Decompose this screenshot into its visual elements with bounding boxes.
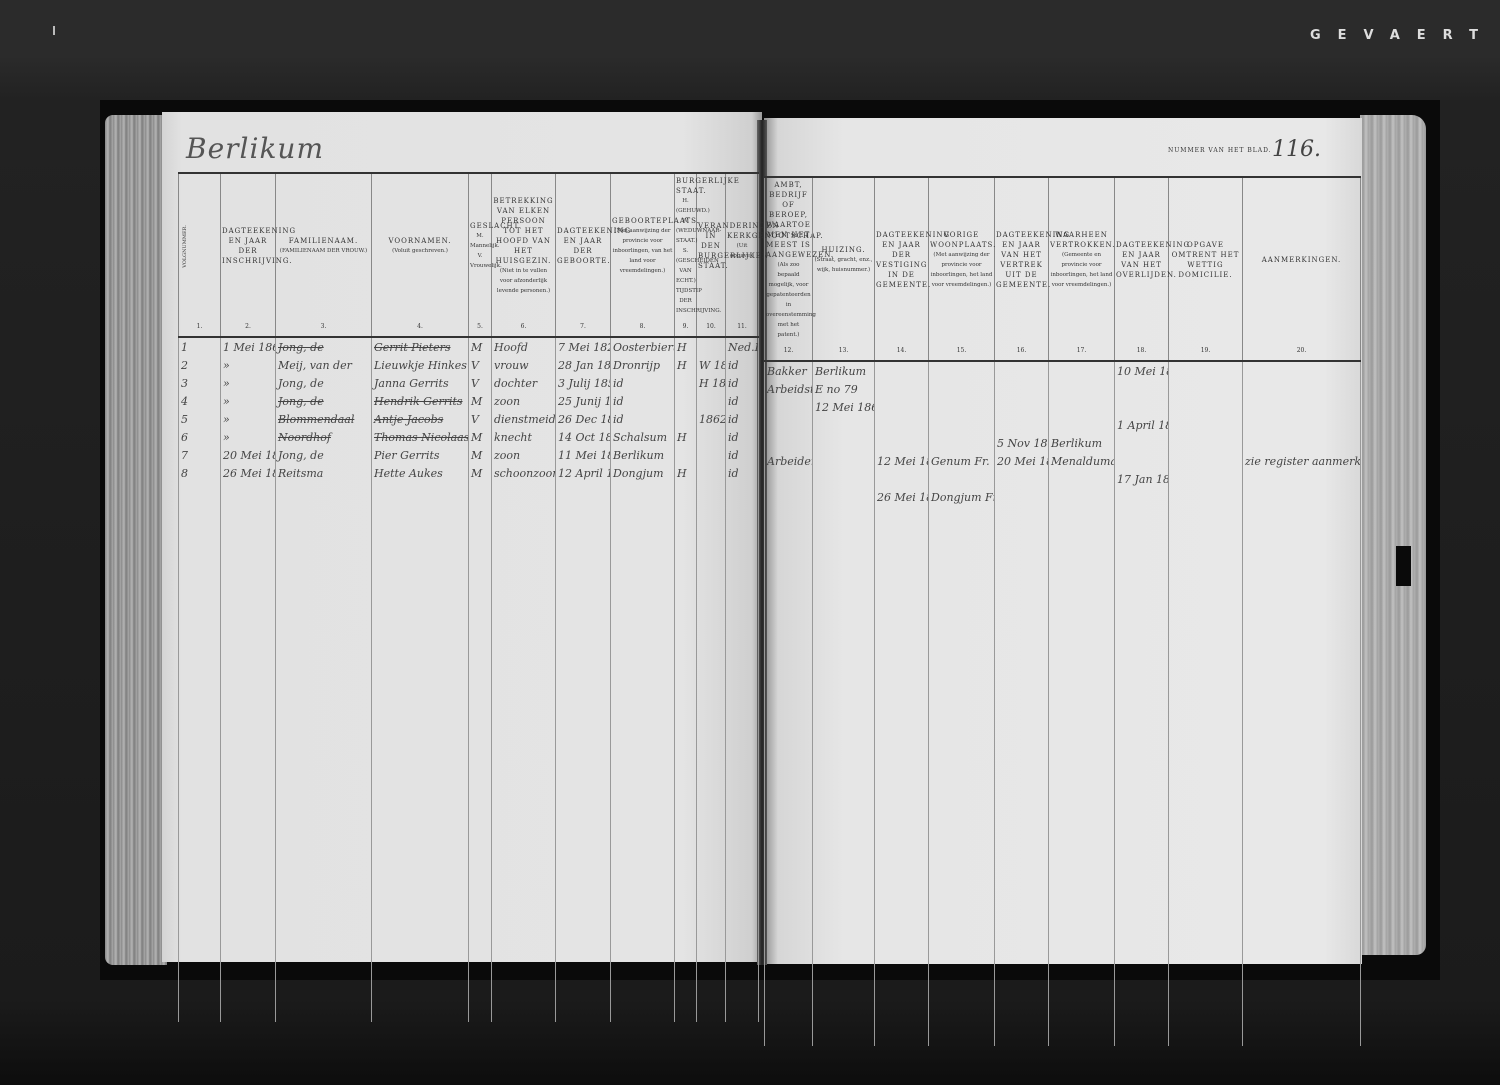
empty-cell xyxy=(469,482,492,1022)
destination xyxy=(1049,488,1115,506)
civil-status: H xyxy=(675,337,697,356)
column-subtitle: H. (GEHUWD.) W. (WEDUWNAAR-STAAT.) S. (G… xyxy=(676,196,695,316)
column-number: 17. xyxy=(1049,342,1115,361)
birth-date: 12 April 1842 xyxy=(556,464,611,482)
registration-date: » xyxy=(221,428,276,446)
death-date: 17 Jan 1868 xyxy=(1115,470,1169,488)
civil-status xyxy=(675,374,697,392)
religion: id xyxy=(726,392,759,410)
book-tab-marker xyxy=(1396,546,1411,586)
birthplace: id xyxy=(611,392,675,410)
column-header: DAGTEEKENING EN JAAR VAN HET OVERLIJDEN. xyxy=(1115,177,1169,342)
given-names: Hette Aukes xyxy=(372,464,469,482)
entry-number: 3 xyxy=(179,374,221,392)
empty-cell xyxy=(179,482,221,1022)
column-header: HUIZING.(Straat, gracht, enz., wijk, hui… xyxy=(813,177,875,342)
column-subtitle: (Niet in te vullen voor afzonderlijk lev… xyxy=(493,266,554,296)
relation-to-head: dienstmeid xyxy=(492,410,556,428)
civil-status-changes xyxy=(697,464,726,482)
previous-residence xyxy=(929,398,995,416)
empty-cell xyxy=(765,506,813,1046)
remarks xyxy=(1243,470,1361,488)
religion: id xyxy=(726,428,759,446)
left-register-table: VOLGNUMMER.DAGTEEKENING EN JAAR DER INSC… xyxy=(178,172,759,1022)
table-row: Arbeider12 Mei 1861Genum Fr.20 Mei 1862M… xyxy=(765,452,1361,470)
column-title: DAGTEEKENING EN JAAR DER VESTIGING IN DE… xyxy=(876,230,927,290)
birth-date: 26 Dec 1836 xyxy=(556,410,611,428)
sheet-number-label: NUMMER VAN HET BLAD. xyxy=(1168,147,1272,154)
destination xyxy=(1049,416,1115,434)
sex: M xyxy=(469,428,492,446)
destination xyxy=(1049,398,1115,416)
civil-status-changes xyxy=(697,392,726,410)
settlement-date xyxy=(875,416,929,434)
empty-cell xyxy=(221,482,276,1022)
religion: id xyxy=(726,446,759,464)
birth-date: 14 Oct 1834 xyxy=(556,428,611,446)
column-title: DAGTEEKENING EN JAAR DER GEBOORTE. xyxy=(557,226,609,266)
birthplace: Dongjum xyxy=(611,464,675,482)
column-title: VOLGNUMMER. xyxy=(180,225,190,268)
birthplace: id xyxy=(611,410,675,428)
registration-date: » xyxy=(221,410,276,428)
entry-number: 7 xyxy=(179,446,221,464)
house: E no 79 xyxy=(813,380,875,398)
empty-cell xyxy=(929,506,995,1046)
religion: id xyxy=(726,464,759,482)
remarks xyxy=(1243,416,1361,434)
house xyxy=(813,416,875,434)
occupation: Bakker xyxy=(765,361,813,380)
column-title: GEBOORTEPLAATS. xyxy=(612,216,673,226)
previous-residence xyxy=(929,416,995,434)
column-header: DAGTEEKENING EN JAAR DER INSCHRIJVING. xyxy=(221,173,276,318)
entry-number: 4 xyxy=(179,392,221,410)
death-date xyxy=(1115,488,1169,506)
registration-date: » xyxy=(221,392,276,410)
remarks xyxy=(1243,434,1361,452)
relation-to-head: zoon xyxy=(492,392,556,410)
destination xyxy=(1049,361,1115,380)
column-number: 20. xyxy=(1243,342,1361,361)
entry-number: 5 xyxy=(179,410,221,428)
book-page-edges-right xyxy=(1360,115,1426,955)
column-header: VOORNAMEN.(Voluit geschreven.) xyxy=(372,173,469,318)
surname: Noordhof xyxy=(276,428,372,446)
sex: M xyxy=(469,392,492,410)
entry-number: 1 xyxy=(179,337,221,356)
domicile xyxy=(1169,452,1243,470)
death-date xyxy=(1115,398,1169,416)
table-row: 17 Jan 1868 xyxy=(765,470,1361,488)
empty-rows xyxy=(765,506,1361,1046)
column-number: 5. xyxy=(469,318,492,337)
column-subtitle: (Met aanwijzing der provincie voor inboo… xyxy=(930,250,993,290)
column-number: 8. xyxy=(611,318,675,337)
column-number: 1. xyxy=(179,318,221,337)
destination xyxy=(1049,380,1115,398)
departure-date xyxy=(995,398,1049,416)
column-subtitle: (Uit opgave.) xyxy=(727,241,757,261)
column-number: 15. xyxy=(929,342,995,361)
column-subtitle: (FAMILIENAAM DER VROUW.) xyxy=(277,246,370,256)
remarks xyxy=(1243,361,1361,380)
column-title: BURGERLIJKE STAAT. xyxy=(676,176,695,196)
birth-date: 28 Jan 1828 xyxy=(556,356,611,374)
previous-residence xyxy=(929,470,995,488)
surname: Jong, de xyxy=(276,392,372,410)
column-header: OPGAVE OMTRENT HET WETTIG DOMICILIE. xyxy=(1169,177,1243,342)
column-header: AMBT, BEDRIJF OF BEROEP, WAARTOE MEN HET… xyxy=(765,177,813,342)
birth-date: 7 Mei 1825 xyxy=(556,337,611,356)
column-number: 7. xyxy=(556,318,611,337)
occupation xyxy=(765,488,813,506)
film-frame-mark xyxy=(53,26,55,35)
previous-residence: Dongjum Fr. xyxy=(929,488,995,506)
empty-cell xyxy=(875,506,929,1046)
death-date xyxy=(1115,434,1169,452)
place-heading: Berlikum xyxy=(186,132,324,165)
remarks: zie register aanmerking ... xyxy=(1243,452,1361,470)
civil-status-changes xyxy=(697,337,726,356)
relation-to-head: schoonzoon xyxy=(492,464,556,482)
column-number: 13. xyxy=(813,342,875,361)
departure-date xyxy=(995,416,1049,434)
sex: M xyxy=(469,446,492,464)
surname: Jong, de xyxy=(276,374,372,392)
sex: M xyxy=(469,464,492,482)
death-date: 1 April 1863 xyxy=(1115,416,1169,434)
occupation xyxy=(765,470,813,488)
column-title: DAGTEEKENING EN JAAR DER INSCHRIJVING. xyxy=(222,226,274,266)
entry-number: 2 xyxy=(179,356,221,374)
column-title: DAGTEEKENING EN JAAR VAN HET VERTREK UIT… xyxy=(996,230,1047,290)
civil-status-changes: 1862 xyxy=(697,410,726,428)
occupation xyxy=(765,398,813,416)
relation-to-head: knecht xyxy=(492,428,556,446)
house: 12 Mei 1862 xyxy=(813,398,875,416)
column-title: BETREKKING VAN ELKEN PERSOON TOT HET HOO… xyxy=(493,196,554,266)
right-register-table: AMBT, BEDRIJF OF BEROEP, WAARTOE MEN HET… xyxy=(764,176,1361,1046)
column-title: WAARHEEN VERTROKKEN. xyxy=(1050,230,1113,250)
empty-cell xyxy=(1169,506,1243,1046)
column-header: GESLACHTM. Mannelijk. V. Vrouwelijk. xyxy=(469,173,492,318)
table-row: 720 Mei 1866Jong, dePier GerritsMzoon11 … xyxy=(179,446,759,464)
column-number: 3. xyxy=(276,318,372,337)
empty-rows xyxy=(179,482,759,1022)
religion: id xyxy=(726,374,759,392)
civil-status-changes xyxy=(697,428,726,446)
table-row: 6»NoordhofThomas NicolaasMknecht14 Oct 1… xyxy=(179,428,759,446)
birth-date: 11 Mei 1866 xyxy=(556,446,611,464)
destination: Menaldumadeel xyxy=(1049,452,1115,470)
registration-date: 1 Mei 1862 xyxy=(221,337,276,356)
table-row: 5 Nov 1862Berlikum xyxy=(765,434,1361,452)
empty-cell xyxy=(1115,506,1169,1046)
column-header: DAGTEEKENING EN JAAR VAN HET VERTREK UIT… xyxy=(995,177,1049,342)
occupation: Arbeider xyxy=(765,452,813,470)
column-header: VORIGE WOONPLAATS.(Met aanwijzing der pr… xyxy=(929,177,995,342)
column-subtitle: (Als zoo bepaald mogelijk, voor gepatent… xyxy=(766,260,811,340)
settlement-date: 26 Mei 1869 xyxy=(875,488,929,506)
empty-cell xyxy=(276,482,372,1022)
surname: Reitsma xyxy=(276,464,372,482)
sex: M xyxy=(469,337,492,356)
given-names: Pier Gerrits xyxy=(372,446,469,464)
column-number: 14. xyxy=(875,342,929,361)
departure-date xyxy=(995,488,1049,506)
film-brand-label: GEVAERT xyxy=(1310,28,1495,43)
domicile xyxy=(1169,398,1243,416)
relation-to-head: vrouw xyxy=(492,356,556,374)
settlement-date xyxy=(875,398,929,416)
domicile xyxy=(1169,470,1243,488)
column-subtitle: M. Mannelijk. V. Vrouwelijk. xyxy=(470,231,490,271)
column-number: 9. xyxy=(675,318,697,337)
settlement-date xyxy=(875,470,929,488)
column-header: GEBOORTEPLAATS.(Met aanwijzing der provi… xyxy=(611,173,675,318)
sex: V xyxy=(469,356,492,374)
birthplace: Oosterbierum Fr. xyxy=(611,337,675,356)
surname: Jong, de xyxy=(276,446,372,464)
given-names: Hendrik Gerrits xyxy=(372,392,469,410)
table-row: 826 Mei 1869ReitsmaHette AukesMschoonzoo… xyxy=(179,464,759,482)
birthplace: id xyxy=(611,374,675,392)
empty-cell xyxy=(813,506,875,1046)
relation-to-head: dochter xyxy=(492,374,556,392)
previous-residence: Genum Fr. xyxy=(929,452,995,470)
column-number: 2. xyxy=(221,318,276,337)
domicile xyxy=(1169,380,1243,398)
column-number: 6. xyxy=(492,318,556,337)
column-subtitle: (Met aanwijzing der provincie voor inboo… xyxy=(612,226,673,276)
destination: Berlikum xyxy=(1049,434,1115,452)
religion: id xyxy=(726,356,759,374)
civil-status xyxy=(675,410,697,428)
occupation xyxy=(765,416,813,434)
civil-status xyxy=(675,392,697,410)
table-row: BakkerBerlikum10 Mei 1869 xyxy=(765,361,1361,380)
house: Berlikum xyxy=(813,361,875,380)
domicile xyxy=(1169,434,1243,452)
death-date: 10 Mei 1869 xyxy=(1115,361,1169,380)
column-number: 16. xyxy=(995,342,1049,361)
occupation: Arbeidster xyxy=(765,380,813,398)
column-title: FAMILIENAAM. xyxy=(277,236,370,246)
column-title: GESLACHT xyxy=(470,221,490,231)
civil-status-changes: W 1863 xyxy=(697,356,726,374)
departure-date: 20 Mei 1862 xyxy=(995,452,1049,470)
column-title: HUIZING. xyxy=(814,245,873,255)
table-row: ArbeidsterE no 79 xyxy=(765,380,1361,398)
registration-date: » xyxy=(221,374,276,392)
given-names: Gerrit Pieters xyxy=(372,337,469,356)
column-title: AMBT, BEDRIJF OF BEROEP, WAARTOE MEN HET… xyxy=(766,180,811,260)
registration-date: 20 Mei 1866 xyxy=(221,446,276,464)
settlement-date xyxy=(875,361,929,380)
civil-status-changes xyxy=(697,446,726,464)
sex: V xyxy=(469,374,492,392)
domicile xyxy=(1169,416,1243,434)
given-names: Antje Jacobs xyxy=(372,410,469,428)
civil-status: H xyxy=(675,464,697,482)
birth-date: 3 Julij 1859 xyxy=(556,374,611,392)
column-title: AANMERKINGEN. xyxy=(1244,255,1359,265)
column-title: DAGTEEKENING EN JAAR VAN HET OVERLIJDEN. xyxy=(1116,240,1167,280)
column-header: VOLGNUMMER. xyxy=(179,173,221,318)
column-header: WAARHEEN VERTROKKEN.(Gemeente en provinc… xyxy=(1049,177,1115,342)
domicile xyxy=(1169,361,1243,380)
departure-date xyxy=(995,380,1049,398)
table-row: 5»BlommendaalAntje JacobsVdienstmeid26 D… xyxy=(179,410,759,428)
house xyxy=(813,452,875,470)
birthplace: Dronrijp xyxy=(611,356,675,374)
book-page-edges-left xyxy=(105,115,167,965)
column-header: DAGTEEKENING EN JAAR DER GEBOORTE. xyxy=(556,173,611,318)
registration-date: » xyxy=(221,356,276,374)
settlement-date xyxy=(875,434,929,452)
relation-to-head: Hoofd xyxy=(492,337,556,356)
settlement-date: 12 Mei 1861 xyxy=(875,452,929,470)
house xyxy=(813,434,875,452)
empty-cell xyxy=(726,482,759,1022)
occupation xyxy=(765,434,813,452)
empty-cell xyxy=(492,482,556,1022)
death-date xyxy=(1115,452,1169,470)
column-title: VERANDERINGEN IN DEN BURGERLIJKEN STAAT. xyxy=(698,221,724,271)
remarks xyxy=(1243,398,1361,416)
given-names: Thomas Nicolaas xyxy=(372,428,469,446)
column-header: FAMILIENAAM.(FAMILIENAAM DER VROUW.) xyxy=(276,173,372,318)
table-row: 1 April 1863 xyxy=(765,416,1361,434)
film-strip-edge xyxy=(0,0,1500,58)
table-row: 26 Mei 1869Dongjum Fr. xyxy=(765,488,1361,506)
column-subtitle: (Voluit geschreven.) xyxy=(373,246,467,256)
departure-date xyxy=(995,470,1049,488)
house xyxy=(813,488,875,506)
previous-residence xyxy=(929,434,995,452)
empty-cell xyxy=(556,482,611,1022)
surname: Jong, de xyxy=(276,337,372,356)
domicile xyxy=(1169,488,1243,506)
table-row: 3»Jong, deJanna GerritsVdochter3 Julij 1… xyxy=(179,374,759,392)
entry-number: 8 xyxy=(179,464,221,482)
empty-cell xyxy=(995,506,1049,1046)
remarks xyxy=(1243,488,1361,506)
column-number: 12. xyxy=(765,342,813,361)
column-header: AANMERKINGEN. xyxy=(1243,177,1361,342)
column-title: KERKGENOOTSCHAP. xyxy=(727,231,757,241)
table-row: 2»Meij, van derLieuwkje HinkesVvrouw28 J… xyxy=(179,356,759,374)
surname: Blommendaal xyxy=(276,410,372,428)
given-names: Janna Gerrits xyxy=(372,374,469,392)
birthplace: Schalsum xyxy=(611,428,675,446)
civil-status-changes: H 1869 xyxy=(697,374,726,392)
civil-status: H xyxy=(675,356,697,374)
table-row: 4»Jong, deHendrik GerritsMzoon25 Junij 1… xyxy=(179,392,759,410)
table-row: 12 Mei 1862 xyxy=(765,398,1361,416)
column-header: BURGERLIJKE STAAT.H. (GEHUWD.) W. (WEDUW… xyxy=(675,173,697,318)
column-subtitle: (Gemeente en provincie voor inboorlingen… xyxy=(1050,250,1113,290)
religion: Ned.Herv. xyxy=(726,337,759,356)
house xyxy=(813,470,875,488)
column-number: 19. xyxy=(1169,342,1243,361)
destination xyxy=(1049,470,1115,488)
empty-cell xyxy=(675,482,697,1022)
empty-cell xyxy=(697,482,726,1022)
sheet-number: 116. xyxy=(1272,137,1321,162)
birthplace: Berlikum xyxy=(611,446,675,464)
column-title: VOORNAMEN. xyxy=(373,236,467,246)
relation-to-head: zoon xyxy=(492,446,556,464)
previous-residence xyxy=(929,380,995,398)
civil-status xyxy=(675,446,697,464)
civil-status: H xyxy=(675,428,697,446)
entry-number: 6 xyxy=(179,428,221,446)
empty-cell xyxy=(611,482,675,1022)
column-number: 18. xyxy=(1115,342,1169,361)
empty-cell xyxy=(1049,506,1115,1046)
column-number: 4. xyxy=(372,318,469,337)
sex: V xyxy=(469,410,492,428)
previous-residence xyxy=(929,361,995,380)
column-subtitle: (Straat, gracht, enz., wijk, huisnummer.… xyxy=(814,255,873,275)
column-header: DAGTEEKENING EN JAAR DER VESTIGING IN DE… xyxy=(875,177,929,342)
empty-cell xyxy=(372,482,469,1022)
column-header: KERKGENOOTSCHAP.(Uit opgave.) xyxy=(726,173,759,318)
given-names: Lieuwkje Hinkes xyxy=(372,356,469,374)
settlement-date xyxy=(875,380,929,398)
departure-date xyxy=(995,361,1049,380)
table-row: 11 Mei 1862Jong, deGerrit PietersMHoofd7… xyxy=(179,337,759,356)
birth-date: 25 Junij 1861 xyxy=(556,392,611,410)
column-number: 11. xyxy=(726,318,759,337)
religion: id xyxy=(726,410,759,428)
departure-date: 5 Nov 1862 xyxy=(995,434,1049,452)
empty-cell xyxy=(1243,506,1361,1046)
remarks xyxy=(1243,380,1361,398)
column-number: 10. xyxy=(697,318,726,337)
column-header: BETREKKING VAN ELKEN PERSOON TOT HET HOO… xyxy=(492,173,556,318)
surname: Meij, van der xyxy=(276,356,372,374)
registration-date: 26 Mei 1869 xyxy=(221,464,276,482)
death-date xyxy=(1115,380,1169,398)
